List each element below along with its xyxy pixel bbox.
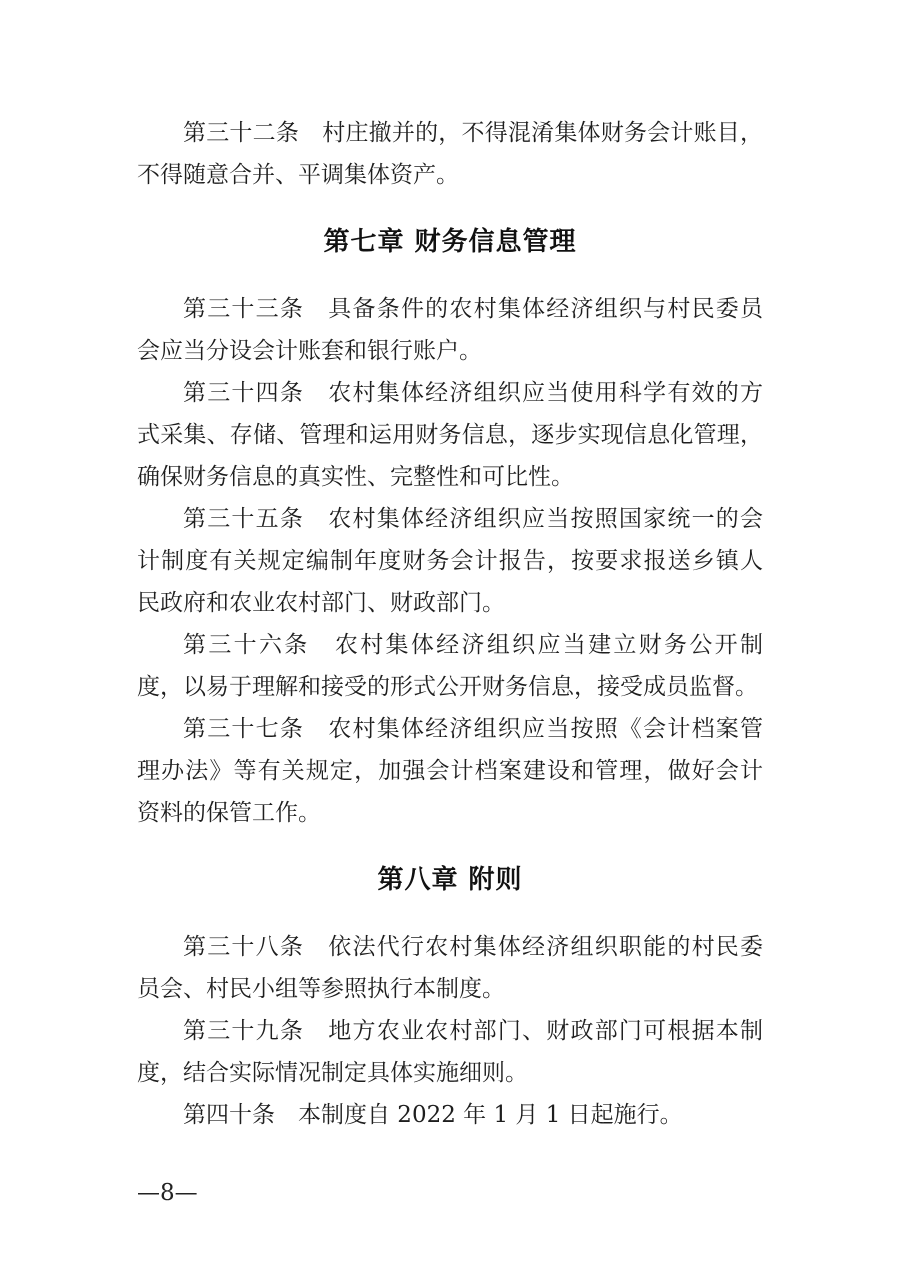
text-line: 理办法》等有关规定，加强会计档案建设和管理，做好会计: [137, 750, 763, 792]
page-number: —8—: [137, 1180, 198, 1206]
page-footer: —8—: [137, 1178, 198, 1208]
text-line: 度，结合实际情况制定具体实施细则。: [137, 1052, 763, 1094]
article-40: 第四十条 本制度自 2022 年 1 月 1 日起施行。: [137, 1094, 763, 1136]
text-line: 第四十条 本制度自 2022 年 1 月 1 日起施行。: [137, 1094, 763, 1136]
article-35: 第三十五条 农村集体经济组织应当按照国家统一的会计制度有关规定编制年度财务会计报…: [137, 498, 763, 624]
text-line: 第三十八条 依法代行农村集体经济组织职能的村民委: [137, 926, 763, 968]
document-body: 第三十二条 村庄撤并的，不得混淆集体财务会计账目，不得随意合并、平调集体资产。第…: [137, 0, 763, 1136]
article-39: 第三十九条 地方农业农村部门、财政部门可根据本制度，结合实际情况制定具体实施细则…: [137, 1010, 763, 1094]
text-line: 第三十二条 村庄撤并的，不得混淆集体财务会计账目，: [137, 112, 763, 154]
text-line: 第三十七条 农村集体经济组织应当按照《会计档案管: [137, 708, 763, 750]
text-line: 度，以易于理解和接受的形式公开财务信息，接受成员监督。: [137, 666, 763, 708]
article-36: 第三十六条 农村集体经济组织应当建立财务公开制度，以易于理解和接受的形式公开财务…: [137, 624, 763, 708]
chapter-8-heading: 第八章 附则: [137, 859, 763, 901]
text-line: 会应当分设会计账套和银行账户。: [137, 330, 763, 372]
text-line: 计制度有关规定编制年度财务会计报告，按要求报送乡镇人: [137, 540, 763, 582]
text-line: 第三十六条 农村集体经济组织应当建立财务公开制: [137, 624, 763, 666]
text-line: 式采集、存储、管理和运用财务信息，逐步实现信息化管理，: [137, 414, 763, 456]
text-line: 第三十五条 农村集体经济组织应当按照国家统一的会: [137, 498, 763, 540]
article-37: 第三十七条 农村集体经济组织应当按照《会计档案管理办法》等有关规定，加强会计档案…: [137, 708, 763, 834]
article-38: 第三十八条 依法代行农村集体经济组织职能的村民委员会、村民小组等参照执行本制度。: [137, 926, 763, 1010]
text-line: 第三十四条 农村集体经济组织应当使用科学有效的方: [137, 372, 763, 414]
text-line: 第三十三条 具备条件的农村集体经济组织与村民委员: [137, 288, 763, 330]
text-line: 第三十九条 地方农业农村部门、财政部门可根据本制: [137, 1010, 763, 1052]
article-32: 第三十二条 村庄撤并的，不得混淆集体财务会计账目，不得随意合并、平调集体资产。: [137, 112, 763, 196]
text-line: 资料的保管工作。: [137, 792, 763, 834]
text-line: 不得随意合并、平调集体资产。: [137, 154, 763, 196]
text-line: 员会、村民小组等参照执行本制度。: [137, 968, 763, 1010]
article-34: 第三十四条 农村集体经济组织应当使用科学有效的方式采集、存储、管理和运用财务信息…: [137, 372, 763, 498]
text-line: 民政府和农业农村部门、财政部门。: [137, 582, 763, 624]
chapter-7-heading: 第七章 财务信息管理: [137, 221, 763, 263]
document-page: 第三十二条 村庄撤并的，不得混淆集体财务会计账目，不得随意合并、平调集体资产。第…: [0, 0, 900, 1273]
article-33: 第三十三条 具备条件的农村集体经济组织与村民委员会应当分设会计账套和银行账户。: [137, 288, 763, 372]
text-line: 确保财务信息的真实性、完整性和可比性。: [137, 456, 763, 498]
